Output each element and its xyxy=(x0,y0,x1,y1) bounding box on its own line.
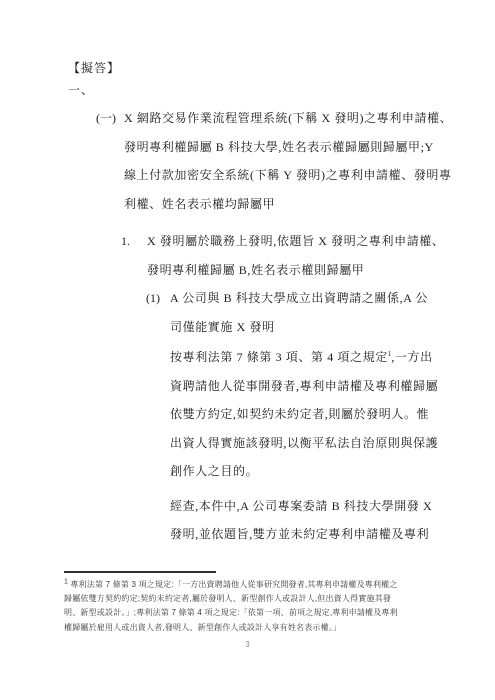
page-number: 3 xyxy=(0,640,495,650)
text-line: 依雙方約定,如契約未約定者,則屬於發明人。惟 xyxy=(68,400,443,429)
list-marker: (一) xyxy=(96,104,124,133)
text-line: (一)X 網路交易作業流程管理系統(下稱 X 發明)之專利申請權、 xyxy=(68,104,443,133)
line-text: A 公司與 B 科技大學成立出資聘請之關係,A 公 xyxy=(170,291,428,305)
text-line: 發明專利權歸屬 B 科技大學,姓名表示權歸屬則歸屬甲;Y xyxy=(68,133,443,162)
footnote-text: 專利法第 7 條第 3 項之規定:「一方出資聘請他人從事研究開發者,其專利申請權… xyxy=(70,580,397,589)
text-line: 發明專利權歸屬 B,姓名表示權則歸屬甲 xyxy=(68,256,443,285)
footnote-marker: 1 xyxy=(64,578,68,585)
line-text: X 發明屬於職務上發明,依題旨 X 發明之專利申請權、 xyxy=(147,234,445,248)
line-text: ,一方出 xyxy=(391,350,432,364)
answer-body: 【擬答】 一、 (一)X 網路交易作業流程管理系統(下稱 X 發明)之專利申請權… xyxy=(68,56,443,549)
line-text: X 網路交易作業流程管理系統(下稱 X 發明)之專利申請權、 xyxy=(124,111,452,125)
footnote-line: 權歸屬於雇用人或出資人者,發明人、新型創作人或設計人享有姓名表示權。」 xyxy=(64,621,460,635)
text-line: 出資人得實施該發明,以衡平私法自治原則與保護 xyxy=(68,429,443,458)
footnote-line: 歸屬依雙方契約約定;契約未約定者,屬於發明人、新型創作人或設計人,但出資人得實施… xyxy=(64,592,460,606)
text-line: 1.X 發明屬於職務上發明,依題旨 X 發明之專利申請權、 xyxy=(68,227,443,256)
answer-heading: 【擬答】 xyxy=(68,56,443,80)
text-line: 司僅能實施 X 發明 xyxy=(68,313,443,342)
footnote-separator-rule xyxy=(64,571,216,573)
footnote-line: 1 專利法第 7 條第 3 項之規定:「一方出資聘請他人從事研究開發者,其專利申… xyxy=(64,578,460,592)
text-line: 線上付款加密安全系統(下稱 Y 發明)之專利申請權、發明專 xyxy=(68,161,443,190)
text-line: (1)A 公司與 B 科技大學成立出資聘請之關係,A 公 xyxy=(68,284,443,313)
footnote: 1 專利法第 7 條第 3 項之規定:「一方出資聘請他人從事研究開發者,其專利申… xyxy=(64,571,460,635)
text-line: 經查,本件中,A 公司專案委請 B 科技大學開發 X xyxy=(68,492,443,521)
text-line: 創作人之目的。 xyxy=(68,457,443,486)
text-line: 利權、姓名表示權均歸屬甲 xyxy=(68,190,443,219)
list-marker: (1) xyxy=(146,284,170,313)
line-text: 按專利法第 7 條第 3 項、第 4 項之規定 xyxy=(170,350,388,364)
section-one-marker: 一、 xyxy=(68,80,443,100)
footnote-line: 明、新型或設計。」;專利法第 7 條第 4 項之規定:「依第一項、前項之規定,專… xyxy=(64,606,460,620)
text-line: 按專利法第 7 條第 3 項、第 4 項之規定1,一方出 xyxy=(68,343,443,372)
list-marker: 1. xyxy=(121,227,147,256)
text-line: 發明,並依題旨,雙方並未約定專利申請權及專利 xyxy=(68,520,443,549)
text-line: 資聘請他人從事開發者,專利申請權及專利權歸屬 xyxy=(68,372,443,401)
